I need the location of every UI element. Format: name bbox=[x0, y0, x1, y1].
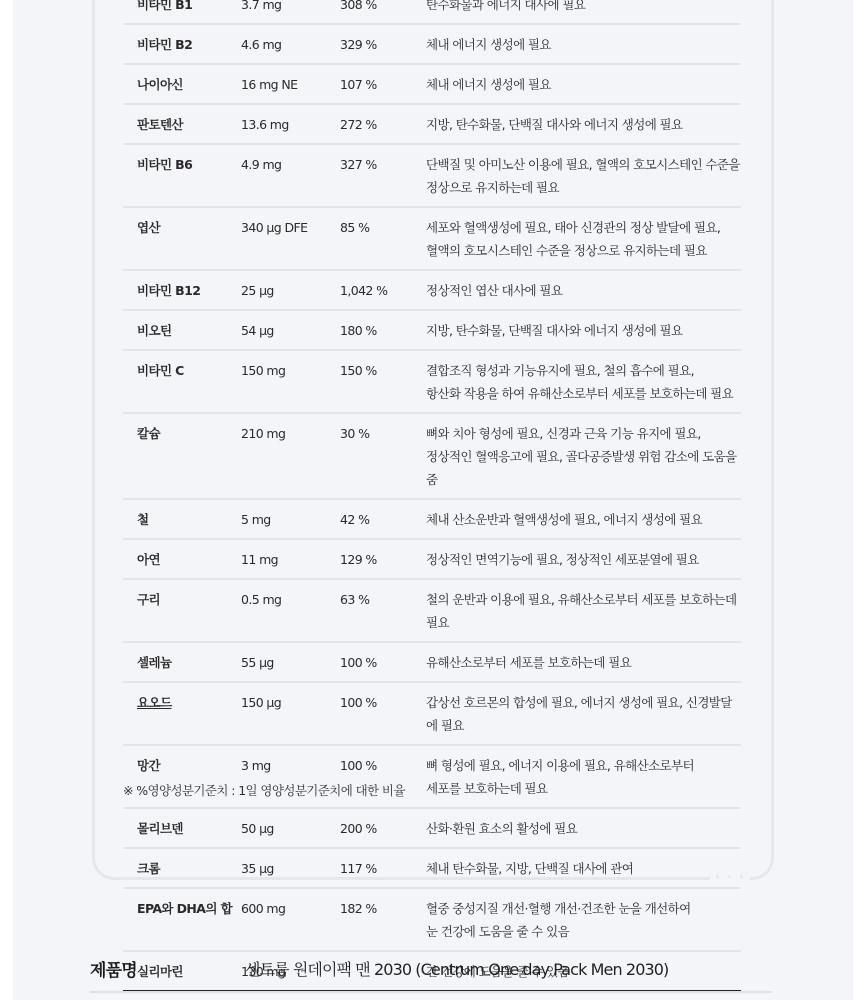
nutrient-amount: 25 μg bbox=[241, 270, 340, 310]
nutrient-percent: 272 % bbox=[340, 104, 426, 144]
nutrient-amount: 0.5 mg bbox=[241, 579, 340, 642]
nutrient-percent: 63 % bbox=[340, 579, 426, 642]
nutrient-description: 철의 운반과 이용에 필요, 유해산소로부터 세포를 보호하는데 필요 bbox=[426, 579, 741, 642]
description-line: 뼈와 치아 형성에 필요, 신경과 근육 기능 유지에 필요, bbox=[426, 422, 741, 445]
nutrient-description: 세포와 혈액생성에 필요, 태아 신경관의 정상 발달에 필요,혈액의 호모시스… bbox=[426, 207, 741, 270]
nutrient-amount: 340 μg DFE bbox=[241, 207, 340, 270]
description-line: 혈중 중성지질 개선·혈행 개선·건조한 눈을 개선하여 bbox=[426, 897, 741, 920]
nutrient-description: 지방, 탄수화물, 단백질 대사와 에너지 생성에 필요 bbox=[426, 310, 741, 350]
nutrient-percent: 42 % bbox=[340, 499, 426, 539]
nutrient-amount: 150 μg bbox=[241, 682, 340, 745]
table-row: 칼슘210 mg30 %뼈와 치아 형성에 필요, 신경과 근육 기능 유지에 … bbox=[123, 413, 741, 499]
nutrient-name: 크롬 bbox=[123, 848, 241, 888]
description-line: 결합조직 형성과 기능유지에 필요, 철의 흡수에 필요, bbox=[426, 359, 741, 382]
nutrient-amount: 11 mg bbox=[241, 539, 340, 579]
table-row: 비타민 B1225 μg1,042 %정상적인 엽산 대사에 필요 bbox=[123, 270, 741, 310]
nutrient-name: 칼슘 bbox=[123, 413, 241, 499]
table-row: 철5 mg42 %체내 산소운반과 혈액생성에 필요, 에너지 생성에 필요 bbox=[123, 499, 741, 539]
description-line: 지방, 탄수화물, 단백질 대사와 에너지 생성에 필요 bbox=[426, 113, 741, 136]
table-row: 비타민 C150 mg150 %결합조직 형성과 기능유지에 필요, 철의 흡수… bbox=[123, 350, 741, 413]
nutrient-percent: 85 % bbox=[340, 207, 426, 270]
nutrient-name: 엽산 bbox=[123, 207, 241, 270]
nutrient-name: 비타민 B1 bbox=[123, 0, 241, 24]
nutrient-name: 판토텐산 bbox=[123, 104, 241, 144]
description-line: 혈액의 호모시스테인 수준을 정상으로 유지하는데 필요 bbox=[426, 239, 741, 262]
nutrient-percent: 107 % bbox=[340, 64, 426, 104]
table-row: 크롬35 μg117 %체내 탄수화물, 지방, 단백질 대사에 관여 bbox=[123, 848, 741, 888]
description-line: 체내 산소운반과 혈액생성에 필요, 에너지 생성에 필요 bbox=[426, 508, 741, 531]
table-row: 비타민 B24.6 mg329 %체내 에너지 생성에 필요 bbox=[123, 24, 741, 64]
nutrient-description: 뼈 형성에 필요, 에너지 이용에 필요, 유해산소로부터세포를 보호하는데 필… bbox=[426, 745, 741, 808]
nutrient-name: 비타민 B6 bbox=[123, 144, 241, 207]
nutrient-percent: 150 % bbox=[340, 350, 426, 413]
table-row: 비타민 B64.9 mg327 %단백질 및 아미노산 이용에 필요, 혈액의 … bbox=[123, 144, 741, 207]
description-line: 갑상선 호르몬의 합성에 필요, 에너지 생성에 필요, 신경발달에 필요 bbox=[426, 691, 741, 737]
table-row: 아연11 mg129 %정상적인 면역기능에 필요, 정상적인 세포분열에 필요 bbox=[123, 539, 741, 579]
description-line: 항산화 작용을 하여 유해산소로부터 세포를 보호하는데 필요 bbox=[426, 382, 741, 405]
nutrition-table: 비타민 B13.7 mg308 %탄수화물과 에너지 대사에 필요비타민 B24… bbox=[123, 0, 741, 992]
nutrient-percent: 1,042 % bbox=[340, 270, 426, 310]
nutrient-description: 체내 에너지 생성에 필요 bbox=[426, 64, 741, 104]
nutrient-percent: 100 % bbox=[340, 642, 426, 682]
nutrient-description: 결합조직 형성과 기능유지에 필요, 철의 흡수에 필요,항산화 작용을 하여 … bbox=[426, 350, 741, 413]
nutrient-description: 체내 탄수화물, 지방, 단백질 대사에 관여 bbox=[426, 848, 741, 888]
nutrient-description: 유해산소로부터 세포를 보호하는데 필요 bbox=[426, 642, 741, 682]
nutrient-amount: 4.6 mg bbox=[241, 24, 340, 64]
nutrient-description: 단백질 및 아미노산 이용에 필요, 혈액의 호모시스테인 수준을정상으로 유지… bbox=[426, 144, 741, 207]
description-line: 지방, 탄수화물, 단백질 대사와 에너지 생성에 필요 bbox=[426, 319, 741, 342]
table-row: 엽산340 μg DFE85 %세포와 혈액생성에 필요, 태아 신경관의 정상… bbox=[123, 207, 741, 270]
table-row: 요오드150 μg100 %갑상선 호르몬의 합성에 필요, 에너지 생성에 필… bbox=[123, 682, 741, 745]
table-row: 비타민 B13.7 mg308 %탄수화물과 에너지 대사에 필요 bbox=[123, 0, 741, 24]
nutrient-amount: 13.6 mg bbox=[241, 104, 340, 144]
description-line: 체내 에너지 생성에 필요 bbox=[426, 33, 741, 56]
nutrient-name: 나이아신 bbox=[123, 64, 241, 104]
table-row: 판토텐산13.6 mg272 %지방, 탄수화물, 단백질 대사와 에너지 생성… bbox=[123, 104, 741, 144]
description-line: 유해산소로부터 세포를 보호하는데 필요 bbox=[426, 651, 741, 674]
description-line: 체내 에너지 생성에 필요 bbox=[426, 73, 741, 96]
nutrient-amount: 3.7 mg bbox=[241, 0, 340, 24]
description-line: 세포와 혈액생성에 필요, 태아 신경관의 정상 발달에 필요, bbox=[426, 216, 741, 239]
description-line: 철의 운반과 이용에 필요, 유해산소로부터 세포를 보호하는데 필요 bbox=[426, 588, 741, 634]
description-line: 체내 탄수화물, 지방, 단백질 대사에 관여 bbox=[426, 857, 741, 880]
nutrient-percent: 200 % bbox=[340, 808, 426, 848]
nutrient-description: 산화·환원 효소의 활성에 필요 bbox=[426, 808, 741, 848]
description-line: 세포를 보호하는데 필요 bbox=[426, 777, 741, 800]
product-name-label: 제품명 bbox=[90, 956, 137, 981]
nutrient-amount: 4.9 mg bbox=[241, 144, 340, 207]
nutrient-percent: 129 % bbox=[340, 539, 426, 579]
table-row: 셀레늄55 μg100 %유해산소로부터 세포를 보호하는데 필요 bbox=[123, 642, 741, 682]
nutrient-percent: 180 % bbox=[340, 310, 426, 350]
description-line: 단백질 및 아미노산 이용에 필요, 혈액의 호모시스테인 수준을 bbox=[426, 153, 741, 176]
nutrient-name: 구리 bbox=[123, 579, 241, 642]
nutrient-description: 뼈와 치아 형성에 필요, 신경과 근육 기능 유지에 필요,정상적인 혈액응고… bbox=[426, 413, 741, 499]
nutrient-percent: 329 % bbox=[340, 24, 426, 64]
nutrient-percent: 30 % bbox=[340, 413, 426, 499]
nutrient-name: 아연 bbox=[123, 539, 241, 579]
product-name-value: 센트룸 원데이팩 맨 2030 (Centrum One day Pack Me… bbox=[245, 957, 668, 980]
nutrient-description: 정상적인 엽산 대사에 필요 bbox=[426, 270, 741, 310]
table-row: 몰리브덴50 μg200 %산화·환원 효소의 활성에 필요 bbox=[123, 808, 741, 848]
table-row: 구리0.5 mg63 %철의 운반과 이용에 필요, 유해산소로부터 세포를 보… bbox=[123, 579, 741, 642]
description-line: 정상적인 면역기능에 필요, 정상적인 세포분열에 필요 bbox=[426, 548, 741, 571]
nutrient-name: 비타민 B2 bbox=[123, 24, 241, 64]
nutrient-amount: 210 mg bbox=[241, 413, 340, 499]
footnote: ※ %영양성분기준치 : 1일 영양성분기준치에 대한 비율 bbox=[123, 781, 405, 799]
table-row: 비오틴54 μg180 %지방, 탄수화물, 단백질 대사와 에너지 생성에 필… bbox=[123, 310, 741, 350]
nutrient-description: 갑상선 호르몬의 합성에 필요, 에너지 생성에 필요, 신경발달에 필요 bbox=[426, 682, 741, 745]
description-line: 산화·환원 효소의 활성에 필요 bbox=[426, 817, 741, 840]
nutrient-name[interactable]: 요오드 bbox=[123, 682, 241, 745]
nutrient-amount: 150 mg bbox=[241, 350, 340, 413]
nutrient-description: 체내 에너지 생성에 필요 bbox=[426, 24, 741, 64]
nutrient-percent: 327 % bbox=[340, 144, 426, 207]
nutrient-percent: 117 % bbox=[340, 848, 426, 888]
description-line: 뼈 형성에 필요, 에너지 이용에 필요, 유해산소로부터 bbox=[426, 754, 741, 777]
nutrient-name: 셀레늄 bbox=[123, 642, 241, 682]
product-name-row: 제품명 센트룸 원데이팩 맨 2030 (Centrum One day Pac… bbox=[90, 940, 772, 993]
nutrient-percent: 100 % bbox=[340, 682, 426, 745]
nutrient-name: 몰리브덴 bbox=[123, 808, 241, 848]
nutrient-name: 비타민 C bbox=[123, 350, 241, 413]
nutrient-name: 철 bbox=[123, 499, 241, 539]
nutrient-amount: 5 mg bbox=[241, 499, 340, 539]
nutrient-amount: 54 μg bbox=[241, 310, 340, 350]
nutrient-name: 비오틴 bbox=[123, 310, 241, 350]
nutrient-amount: 16 mg NE bbox=[241, 64, 340, 104]
nutrient-amount: 50 μg bbox=[241, 808, 340, 848]
description-line: 정상적인 엽산 대사에 필요 bbox=[426, 279, 741, 302]
nutrient-description: 탄수화물과 에너지 대사에 필요 bbox=[426, 0, 741, 24]
nutrient-amount: 35 μg bbox=[241, 848, 340, 888]
description-line: 정상적인 혈액응고에 필요, 골다공증발생 위험 감소에 도움을 줌 bbox=[426, 445, 741, 491]
table-row: 나이아신16 mg NE107 %체내 에너지 생성에 필요 bbox=[123, 64, 741, 104]
nutrient-description: 지방, 탄수화물, 단백질 대사와 에너지 생성에 필요 bbox=[426, 104, 741, 144]
nutrient-percent: 308 % bbox=[340, 0, 426, 24]
nutrient-description: 정상적인 면역기능에 필요, 정상적인 세포분열에 필요 bbox=[426, 539, 741, 579]
nutrient-name: 비타민 B12 bbox=[123, 270, 241, 310]
description-line: 탄수화물과 에너지 대사에 필요 bbox=[426, 0, 741, 16]
nutrient-amount: 55 μg bbox=[241, 642, 340, 682]
nutrient-description: 체내 산소운반과 혈액생성에 필요, 에너지 생성에 필요 bbox=[426, 499, 741, 539]
description-line: 정상으로 유지하는데 필요 bbox=[426, 176, 741, 199]
